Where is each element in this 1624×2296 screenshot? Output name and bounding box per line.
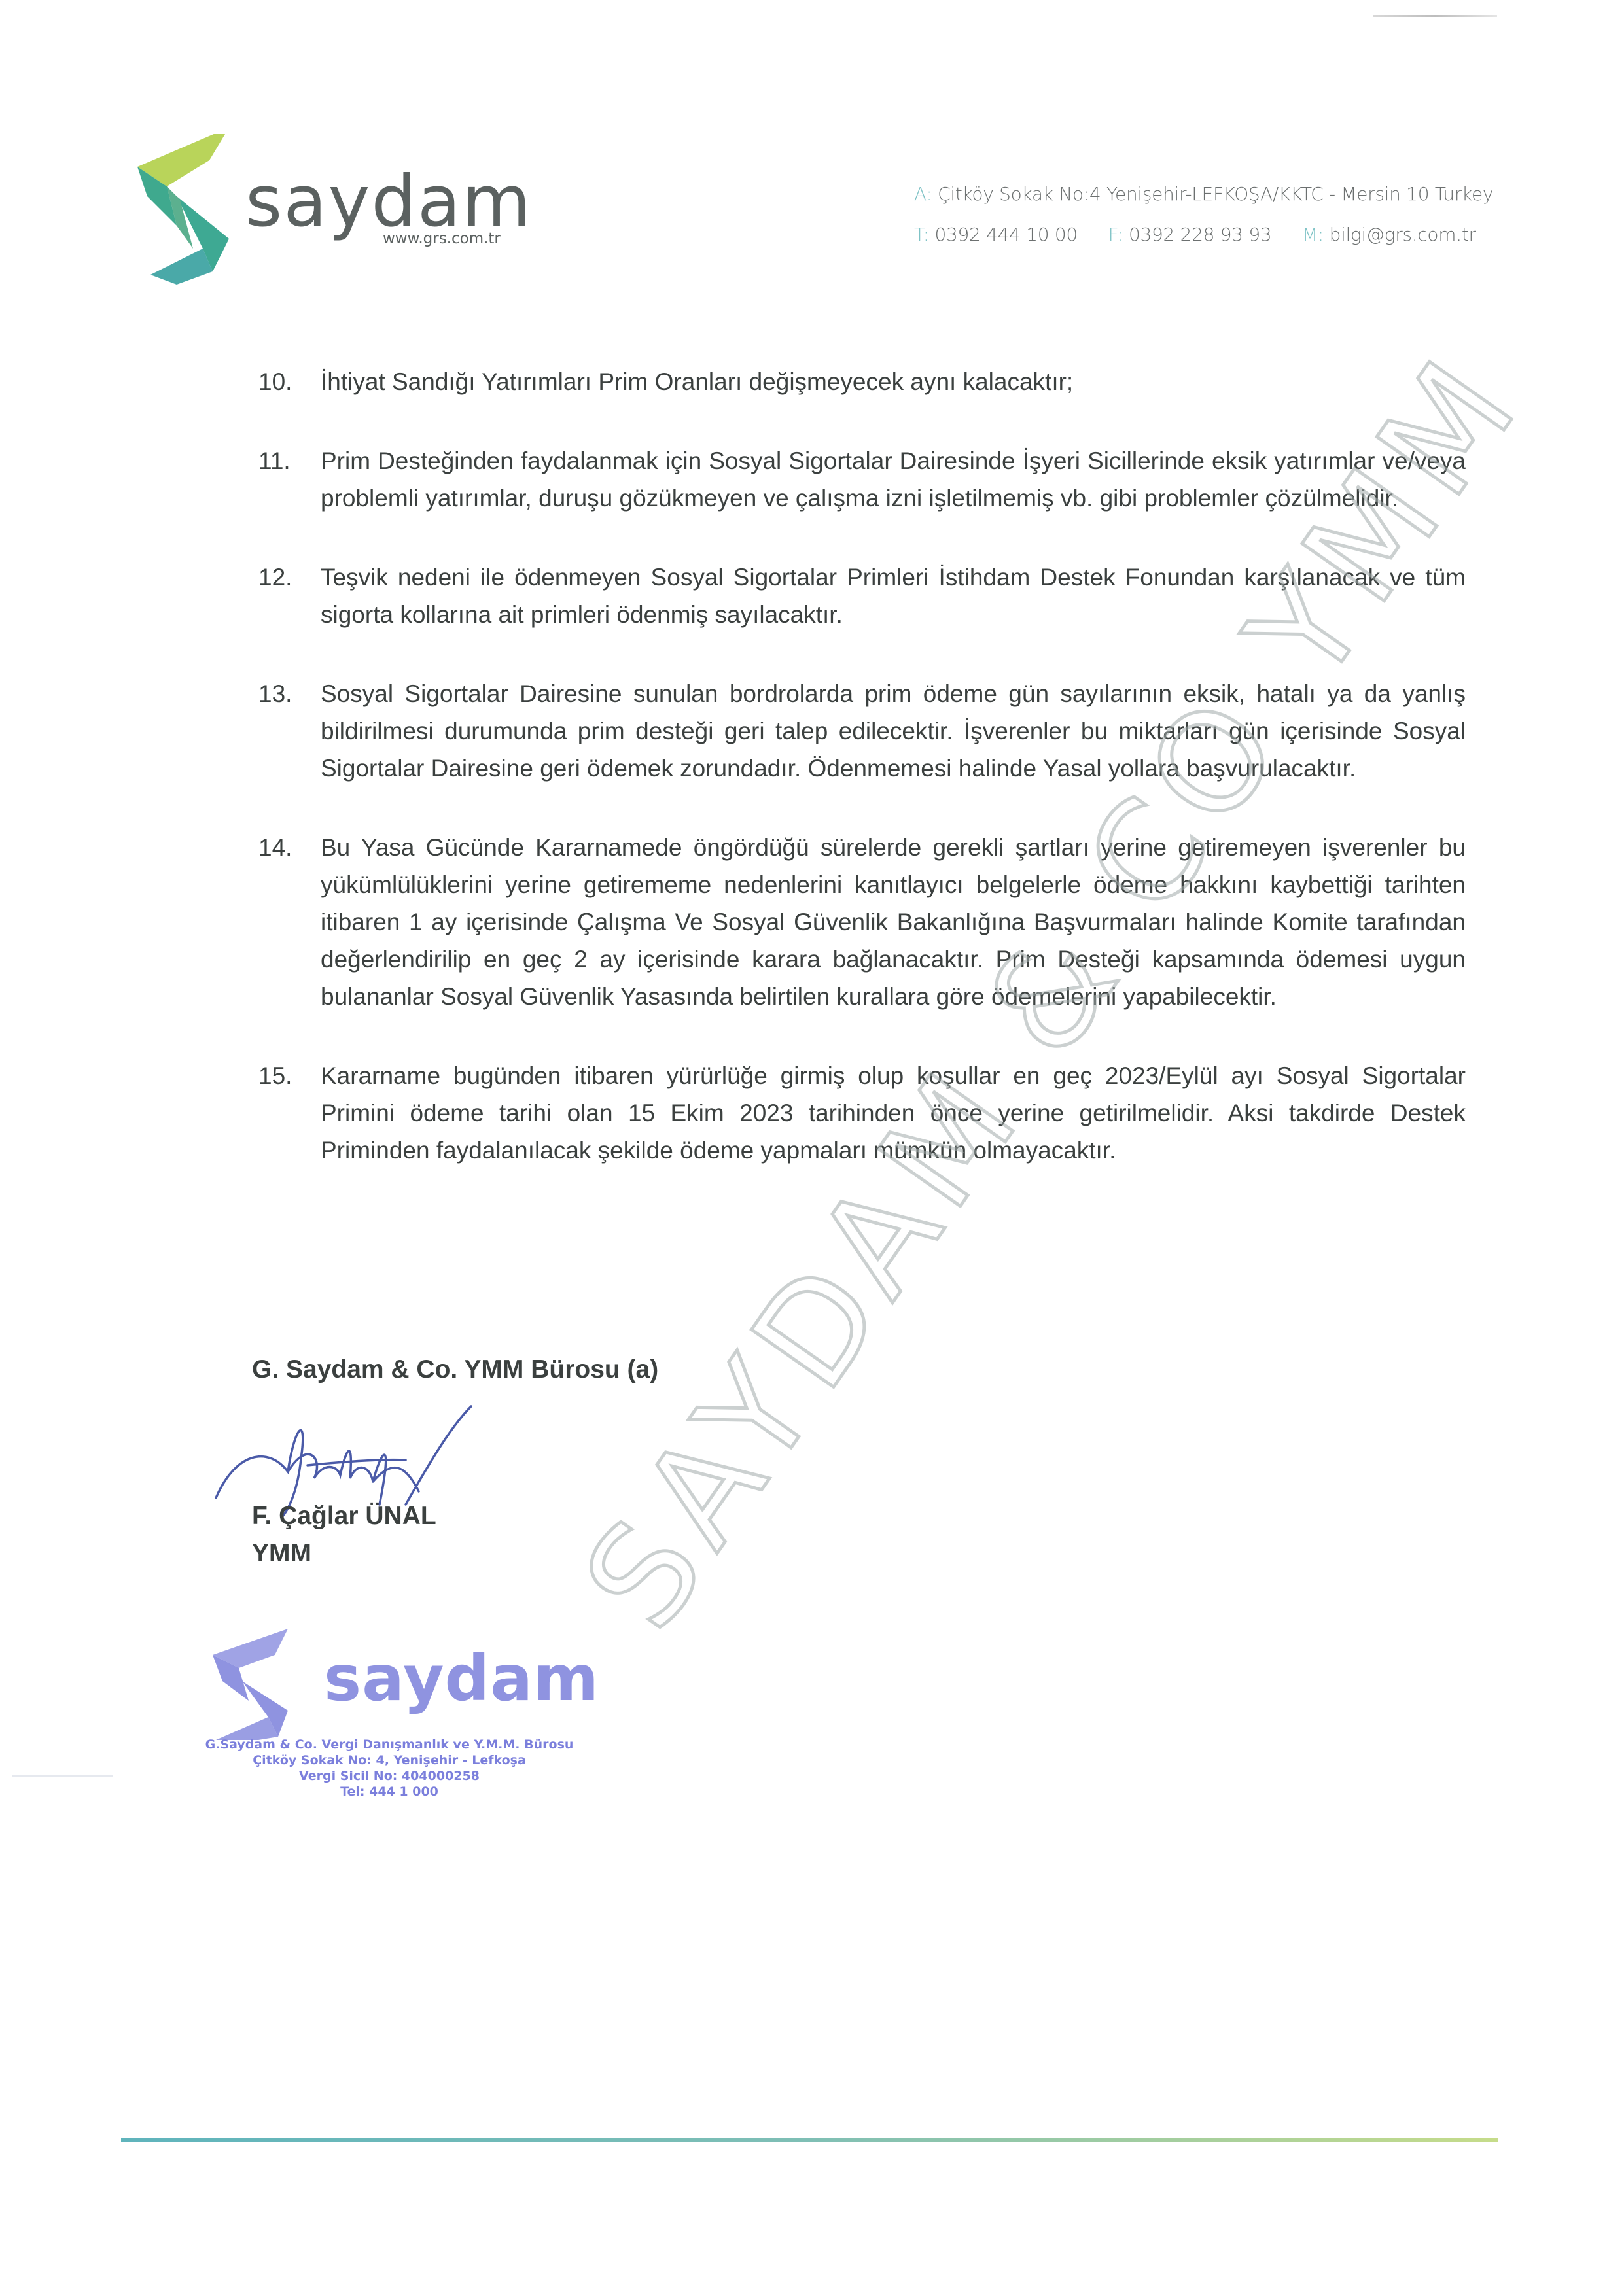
stamp-line: G.Saydam & Co. Vergi Danışmanlık ve Y.M.… [186, 1737, 592, 1752]
scan-artifact [12, 1775, 113, 1777]
fax-value: 0392 228 93 93 [1129, 224, 1271, 245]
signatory-firm: G. Saydam & Co. YMM Bürosu (a) [252, 1355, 658, 1384]
item-number: 12. [258, 559, 292, 596]
list-item: 13. Sosyal Sigortalar Dairesine sunulan … [258, 675, 1466, 787]
brand-url: www.grs.com.tr [383, 230, 501, 247]
item-text: Bu Yasa Gücünde Kararnamede öngördüğü sü… [321, 829, 1466, 1015]
signatory-title: YMM [252, 1539, 311, 1568]
contact-address: A: Çitköy Sokak No:4 Yenişehir-LEFKOŞA/K… [914, 183, 1493, 205]
phone-label: T: [914, 224, 929, 245]
stamp-line: Çitköy Sokak No: 4, Yenişehir - Lefkoşa [186, 1752, 592, 1768]
brand-name: saydam [245, 167, 532, 237]
footer-divider [121, 2138, 1498, 2142]
company-stamp: saydam G.Saydam & Co. Vergi Danışmanlık … [186, 1603, 592, 1818]
stamp-brand-name: saydam [324, 1642, 599, 1715]
saydam-logo-icon [131, 134, 262, 291]
list-item: 12. Teşvik nedeni ile ödenmeyen Sosyal S… [258, 559, 1466, 633]
stamp-line: Tel: 444 1 000 [186, 1784, 592, 1800]
mail-value: bilgi@grs.com.tr [1330, 224, 1476, 245]
scan-artifact [1373, 15, 1497, 17]
item-number: 14. [258, 829, 292, 866]
list-item: 15. Kararname bugünden itibaren yürürlüğ… [258, 1057, 1466, 1169]
item-number: 13. [258, 675, 292, 712]
list-item: 10. İhtiyat Sandığı Yatırımları Prim Ora… [258, 363, 1466, 400]
stamp-line: Vergi Sicil No: 404000258 [186, 1768, 592, 1784]
stamp-details: G.Saydam & Co. Vergi Danışmanlık ve Y.M.… [186, 1737, 592, 1800]
list-item: 14. Bu Yasa Gücünde Kararnamede öngördüğ… [258, 829, 1466, 1015]
list-item: 11. Prim Desteğinden faydalanmak için So… [258, 442, 1466, 517]
item-text: Sosyal Sigortalar Dairesine sunulan bord… [321, 675, 1466, 787]
stamp-logo-icon [213, 1629, 291, 1740]
address-label: A: [914, 183, 932, 205]
signatory-name: F. Çağlar ÜNAL [252, 1502, 436, 1531]
fax-label: F: [1108, 224, 1123, 245]
item-number: 10. [258, 363, 292, 400]
phone-value: 0392 444 10 00 [934, 224, 1077, 245]
item-text: Teşvik nedeni ile ödenmeyen Sosyal Sigor… [321, 559, 1466, 633]
item-text: Kararname bugünden itibaren yürürlüğe gi… [321, 1057, 1466, 1169]
address-value: Çitköy Sokak No:4 Yenişehir-LEFKOŞA/KKTC… [938, 183, 1493, 205]
item-text: İhtiyat Sandığı Yatırımları Prim Oranlar… [321, 363, 1466, 400]
item-text: Prim Desteğinden faydalanmak için Sosyal… [321, 442, 1466, 517]
letter-page: saydam www.grs.com.tr A: Çitköy Sokak No… [0, 0, 1624, 2296]
numbered-list: 10. İhtiyat Sandığı Yatırımları Prim Ora… [258, 363, 1466, 1211]
mail-label: M: [1302, 224, 1324, 245]
item-number: 15. [258, 1057, 292, 1094]
item-number: 11. [258, 442, 291, 479]
contact-numbers: T: 0392 444 10 00 F: 0392 228 93 93 M: b… [914, 224, 1501, 245]
